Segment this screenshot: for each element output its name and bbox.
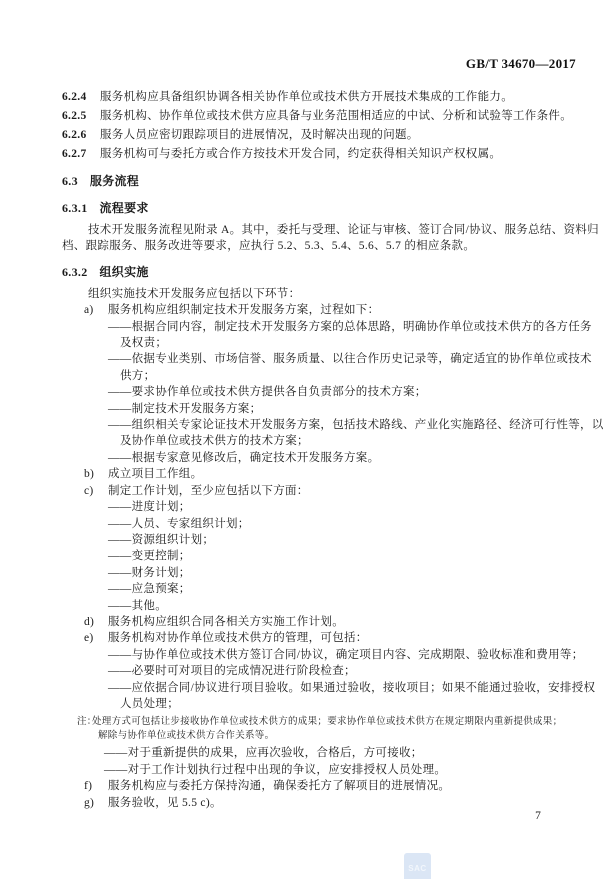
line-text: ——组织相关专家论证技术开发服务方案，包括技术路线、产业化实施路径、经济可行性等… xyxy=(108,419,604,431)
standard-code-header: GB/T 34670—2017 xyxy=(466,56,576,72)
text-line-dash: ——根据合同内容，制定技术开发服务方案的总体思路，明确协作单位或技术供方的各方任… xyxy=(62,319,562,335)
line-text: 及协作单位或技术供方的技术方案； xyxy=(120,435,309,447)
line-text: ——应依据合同/协议进行项目验收。如果通过验收，接收项目；如果不能通过验收，安排… xyxy=(108,682,595,694)
line-text: 服务机构应组织合同各相关方实施工作计划。 xyxy=(108,616,344,628)
sac-watermark-label: SAC xyxy=(408,864,426,873)
text-line-dash: ——其他。 xyxy=(62,598,562,614)
line-text: ——其他。 xyxy=(108,600,167,612)
text-line-li: f)服务机构应与委托方保持沟通，确保委托方了解项目的进展情况。 xyxy=(62,778,562,794)
text-line-li: c)制定工作计划，至少应包括以下方面： xyxy=(62,483,562,499)
text-line-clause: 6.2.7服务机构可与委托方或合作方按技术开发合同，约定获得相关知识产权权属。 xyxy=(62,145,562,164)
line-text: ——对于工作计划执行过程中出现的争议，应安排授权人员处理。 xyxy=(104,764,446,776)
text-line-ndash: ——对于重新提供的成果，应再次验收，合格后，方可接收； xyxy=(62,745,562,761)
line-text: ——要求协作单位或技术供方提供各自负责部分的技术方案； xyxy=(108,386,427,398)
line-label: 6.3.2 xyxy=(62,265,88,279)
line-text: ——制定技术开发服务方案； xyxy=(108,403,261,415)
text-line-dash: ——与协作单位或技术供方签订合同/协议，确定项目内容、完成期限、验收标准和费用等… xyxy=(62,647,562,663)
line-label: 6.2.4 xyxy=(62,88,87,107)
line-text: ——资源组织计划； xyxy=(108,534,214,546)
text-line-li: d)服务机构应组织合同各相关方实施工作计划。 xyxy=(62,614,562,630)
text-line-li: g)服务验收，见 5.5 c)。 xyxy=(62,795,562,811)
line-label: 6.2.7 xyxy=(62,145,87,164)
text-line-dash: ——依据专业类别、市场信誉、服务质量、以往合作历史记录等，确定适宜的协作单位或技… xyxy=(62,351,562,367)
line-label: c) xyxy=(84,483,94,499)
line-label: 6.3.1 xyxy=(62,201,88,215)
line-label: 6.3 xyxy=(62,174,78,188)
text-line-dash: ——变更控制； xyxy=(62,548,562,564)
line-text: 组织实施技术开发服务应包括以下环节： xyxy=(88,288,300,300)
line-text: 服务机构应组织制定技术开发服务方案，过程如下： xyxy=(108,304,379,316)
line-text: ——对于重新提供的成果，应再次验收，合格后，方可接收； xyxy=(104,747,423,759)
line-text: 解除与协作单位或技术供方合作关系等。 xyxy=(98,731,274,741)
line-label: 注： xyxy=(77,715,97,729)
text-line-p0: 档、跟踪服务、服务改进等要求，应执行 5.2、5.3、5.4、5.6、5.7 的… xyxy=(62,238,562,254)
text-line-dash: ——要求协作单位或技术供方提供各自负责部分的技术方案； xyxy=(62,384,562,400)
text-line-p1: 组织实施技术开发服务应包括以下环节： xyxy=(62,286,562,302)
line-text: 流程要求 xyxy=(100,201,149,215)
line-label: g) xyxy=(84,795,94,811)
text-line-dash: ——应依据合同/协议进行项目验收。如果通过验收，接收项目；如果不能通过验收，安排… xyxy=(62,680,562,696)
line-label: 6.2.6 xyxy=(62,126,87,145)
text-line-li: a)服务机构应组织制定技术开发服务方案，过程如下： xyxy=(62,302,562,318)
page-number: 7 xyxy=(520,810,556,822)
line-label: a) xyxy=(84,302,94,318)
line-label: e) xyxy=(84,630,94,646)
line-text: 组织实施 xyxy=(100,265,149,279)
text-line-note1: 注：处理方式可包括让步接收协作单位或技术供方的成果；要求协作单位或技术供方在规定… xyxy=(62,715,562,729)
line-text: 人员处理； xyxy=(120,698,179,710)
text-line-li: e)服务机构对协作单位或技术供方的管理，可包括： xyxy=(62,630,562,646)
line-text: 服务机构对协作单位或技术供方的管理，可包括： xyxy=(108,632,368,644)
sac-watermark-logo: SAC xyxy=(404,853,431,879)
line-label: f) xyxy=(84,778,92,794)
text-line-clause: 6.2.6服务人员应密切跟踪项目的进展情况，及时解决出现的问题。 xyxy=(62,126,562,145)
line-text: 服务机构可与委托方或合作方按技术开发合同，约定获得相关知识产权权属。 xyxy=(100,148,501,160)
line-text: 档、跟踪服务、服务改进等要求，应执行 5.2、5.3、5.4、5.6、5.7 的… xyxy=(62,240,475,252)
text-line-dash: ——财务计划； xyxy=(62,565,562,581)
text-line-note0: 解除与协作单位或技术供方合作关系等。 xyxy=(62,729,562,743)
document-body: 6.2.4服务机构应具备组织协调各相关协作单位或技术供方开展技术集成的工作能力。… xyxy=(62,88,562,811)
text-line-h3: 6.3.1流程要求 xyxy=(62,199,562,218)
line-text: ——进度计划； xyxy=(108,501,191,513)
line-text: 服务人员应密切跟踪项目的进展情况，及时解决出现的问题。 xyxy=(100,129,419,141)
line-text: 服务验收，见 5.5 c)。 xyxy=(108,797,222,809)
text-line-dash: ——制定技术开发服务方案； xyxy=(62,401,562,417)
text-line-dash: ——组织相关专家论证技术开发服务方案，包括技术路线、产业化实施路径、经济可行性等… xyxy=(62,417,562,433)
text-line-dash: ——资源组织计划； xyxy=(62,532,562,548)
line-text: 技术开发服务流程见附录 A。其中，委托与受理、论证与审核、签订合同/协议、服务总… xyxy=(88,224,599,236)
line-text: 服务机构应具备组织协调各相关协作单位或技术供方开展技术集成的工作能力。 xyxy=(100,91,513,103)
text-line-li: b)成立项目工作组。 xyxy=(62,466,562,482)
line-text: 服务流程 xyxy=(90,174,139,188)
line-text: 制定工作计划，至少应包括以下方面： xyxy=(108,485,309,497)
text-line-ndash: ——对于工作计划执行过程中出现的争议，应安排授权人员处理。 xyxy=(62,762,562,778)
line-text: ——依据专业类别、市场信誉、服务质量、以往合作历史记录等，确定适宜的协作单位或技… xyxy=(108,353,592,365)
standard-document-page: GB/T 34670—2017 6.2.4服务机构应具备组织协调各相关协作单位或… xyxy=(0,0,610,879)
text-line-dash: ——进度计划； xyxy=(62,499,562,515)
line-label: b) xyxy=(84,466,94,482)
text-line-dash: ——应急预案； xyxy=(62,581,562,597)
line-text: ——变更控制； xyxy=(108,550,191,562)
line-text: ——必要时可对项目的完成情况进行阶段检查； xyxy=(108,665,356,677)
line-text: 服务机构应与委托方保持沟通，确保委托方了解项目的进展情况。 xyxy=(108,780,450,792)
line-text: 服务机构、协作单位或技术供方应具备与业务范围相适应的中试、分析和试验等工作条件。 xyxy=(100,110,572,122)
text-line-dash: ——根据专家意见修改后，确定技术开发服务方案。 xyxy=(62,450,562,466)
line-text: ——根据专家意见修改后，确定技术开发服务方案。 xyxy=(108,452,379,464)
text-line-h3: 6.3.2组织实施 xyxy=(62,263,562,282)
line-text: 处理方式可包括让步接收协作单位或技术供方的成果；要求协作单位或技术供方在规定期限… xyxy=(92,717,562,727)
text-line-h2: 6.3服务流程 xyxy=(62,172,562,191)
line-text: ——人员、专家组织计划； xyxy=(108,518,250,530)
line-text: ——财务计划； xyxy=(108,567,191,579)
text-line-p1: 技术开发服务流程见附录 A。其中，委托与受理、论证与审核、签订合同/协议、服务总… xyxy=(62,222,562,238)
line-text: ——与协作单位或技术供方签订合同/协议，确定项目内容、完成期限、验收标准和费用等… xyxy=(108,649,584,661)
text-line-clause: 6.2.5服务机构、协作单位或技术供方应具备与业务范围相适应的中试、分析和试验等… xyxy=(62,107,562,126)
text-line-dashwrap: 及协作单位或技术供方的技术方案； xyxy=(62,433,562,449)
text-line-dash: ——人员、专家组织计划； xyxy=(62,516,562,532)
line-text: ——根据合同内容，制定技术开发服务方案的总体思路，明确协作单位或技术供方的各方任… xyxy=(108,321,592,333)
line-text: ——应急预案； xyxy=(108,583,191,595)
text-line-dashwrap: 供方； xyxy=(62,368,562,384)
text-line-dashwrap: 人员处理； xyxy=(62,696,562,712)
text-line-clause: 6.2.4服务机构应具备组织协调各相关协作单位或技术供方开展技术集成的工作能力。 xyxy=(62,88,562,107)
text-line-dash: ——必要时可对项目的完成情况进行阶段检查； xyxy=(62,663,562,679)
line-text: 供方； xyxy=(120,370,155,382)
line-label: 6.2.5 xyxy=(62,107,87,126)
text-line-dashwrap: 及权责； xyxy=(62,335,562,351)
line-label: d) xyxy=(84,614,94,630)
line-text: 及权责； xyxy=(120,337,167,349)
line-text: 成立项目工作组。 xyxy=(108,468,202,480)
